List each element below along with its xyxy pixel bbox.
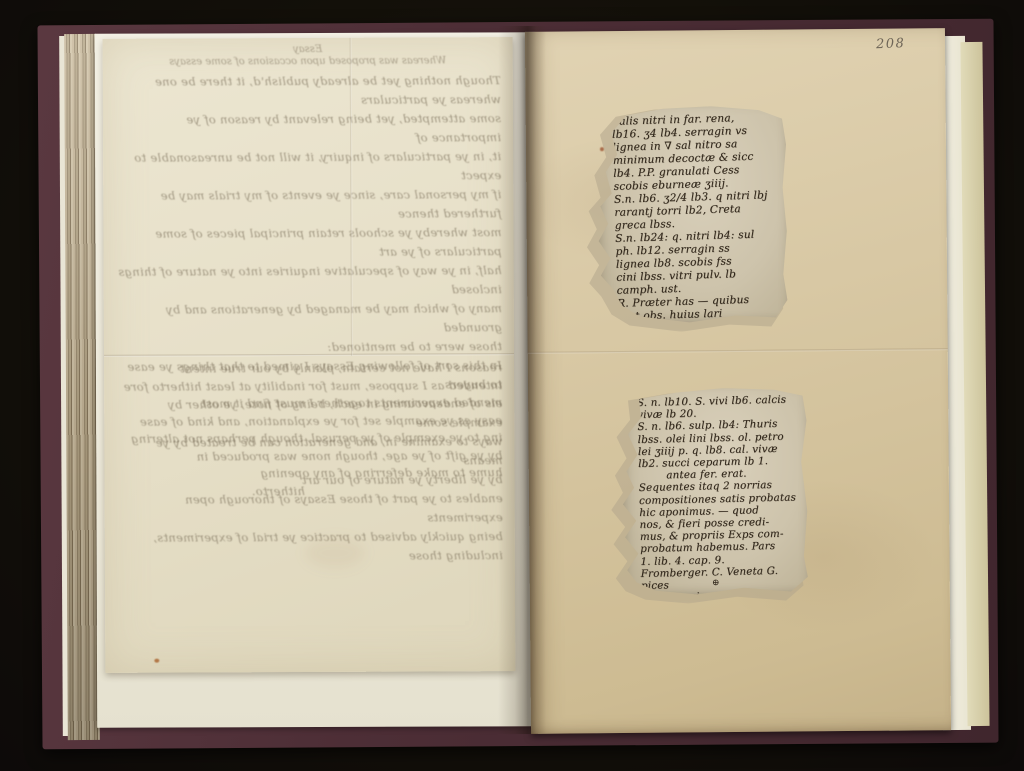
handwritten-line: ing to ye exemple of ye perusal, though … [118, 429, 502, 448]
fragment-paper: S. n. lb10. S. vivi lb6. calcisvivæ lb 2… [620, 387, 810, 595]
handwritten-line: Whereas was proposed upon occasions of s… [163, 55, 453, 68]
handwritten-line: some attempted, yet being relevant by re… [117, 109, 501, 149]
handwritten-line: most whereby ye schools retain principal… [117, 223, 501, 263]
handwritten-line: easy as ye example set for ye explanatio… [118, 412, 502, 431]
right-page-horizontal-fold-crease [528, 348, 948, 354]
folio-number: 208 [875, 36, 905, 52]
handwritten-line: half, in ye way of speculative inquiries… [118, 261, 502, 301]
left-page-showthrough-lower-block: reasons I have not certain, plainly by o… [118, 359, 503, 501]
rust-stain [154, 659, 159, 663]
handwritten-line: mended experiments together I must find … [118, 394, 502, 413]
right-page: 208 Salis nitri in far. rena,lb16. ʒ4 lb… [525, 28, 951, 734]
handwritten-line: intended as I suppose, must for inabilit… [118, 377, 502, 396]
fragment-end-mark: ⊕ [622, 577, 810, 589]
fragment-handwriting: Salis nitri in far. rena,lb16. ʒ4 lb4. s… [612, 111, 788, 324]
left-page-showthrough-header: EssayWhereas was proposed upon occasions… [163, 43, 453, 68]
handwritten-line: if my personal care, since ye events of … [117, 185, 501, 225]
left-page: EssayWhereas was proposed upon occasions… [103, 37, 516, 673]
fragment-handwriting: S. n. lb10. S. vivi lb6. calcisvivæ lb 2… [637, 393, 808, 604]
photograph-canvas: EssayWhereas was proposed upon occasions… [0, 0, 1024, 771]
handwritten-line: by ye gift of ye age, though none was pr… [118, 447, 502, 466]
handwritten-line: hume to make deferring of any opening [118, 464, 502, 483]
handwritten-line: Though nothing yet be already publish'd,… [117, 71, 501, 111]
handwritten-line: many of which may be managed by generati… [118, 299, 502, 339]
note-fragment-bottom: S. n. lb10. S. vivi lb6. calcisvivæ lb 2… [620, 387, 810, 595]
handwritten-line: hitherto. [119, 482, 503, 501]
handwritten-line: it, in ye particulars of inquiry, it wil… [117, 147, 501, 187]
handwritten-line: reasons I have not certain, plainly by o… [118, 359, 502, 378]
handwritten-line: being quickly advised to practice ye tri… [119, 527, 503, 567]
note-fragment-top: Salis nitri in far. rena,lb16. ʒ4 lb4. s… [596, 106, 790, 324]
fragment-paper: Salis nitri in far. rena,lb16. ʒ4 lb4. s… [596, 106, 790, 324]
